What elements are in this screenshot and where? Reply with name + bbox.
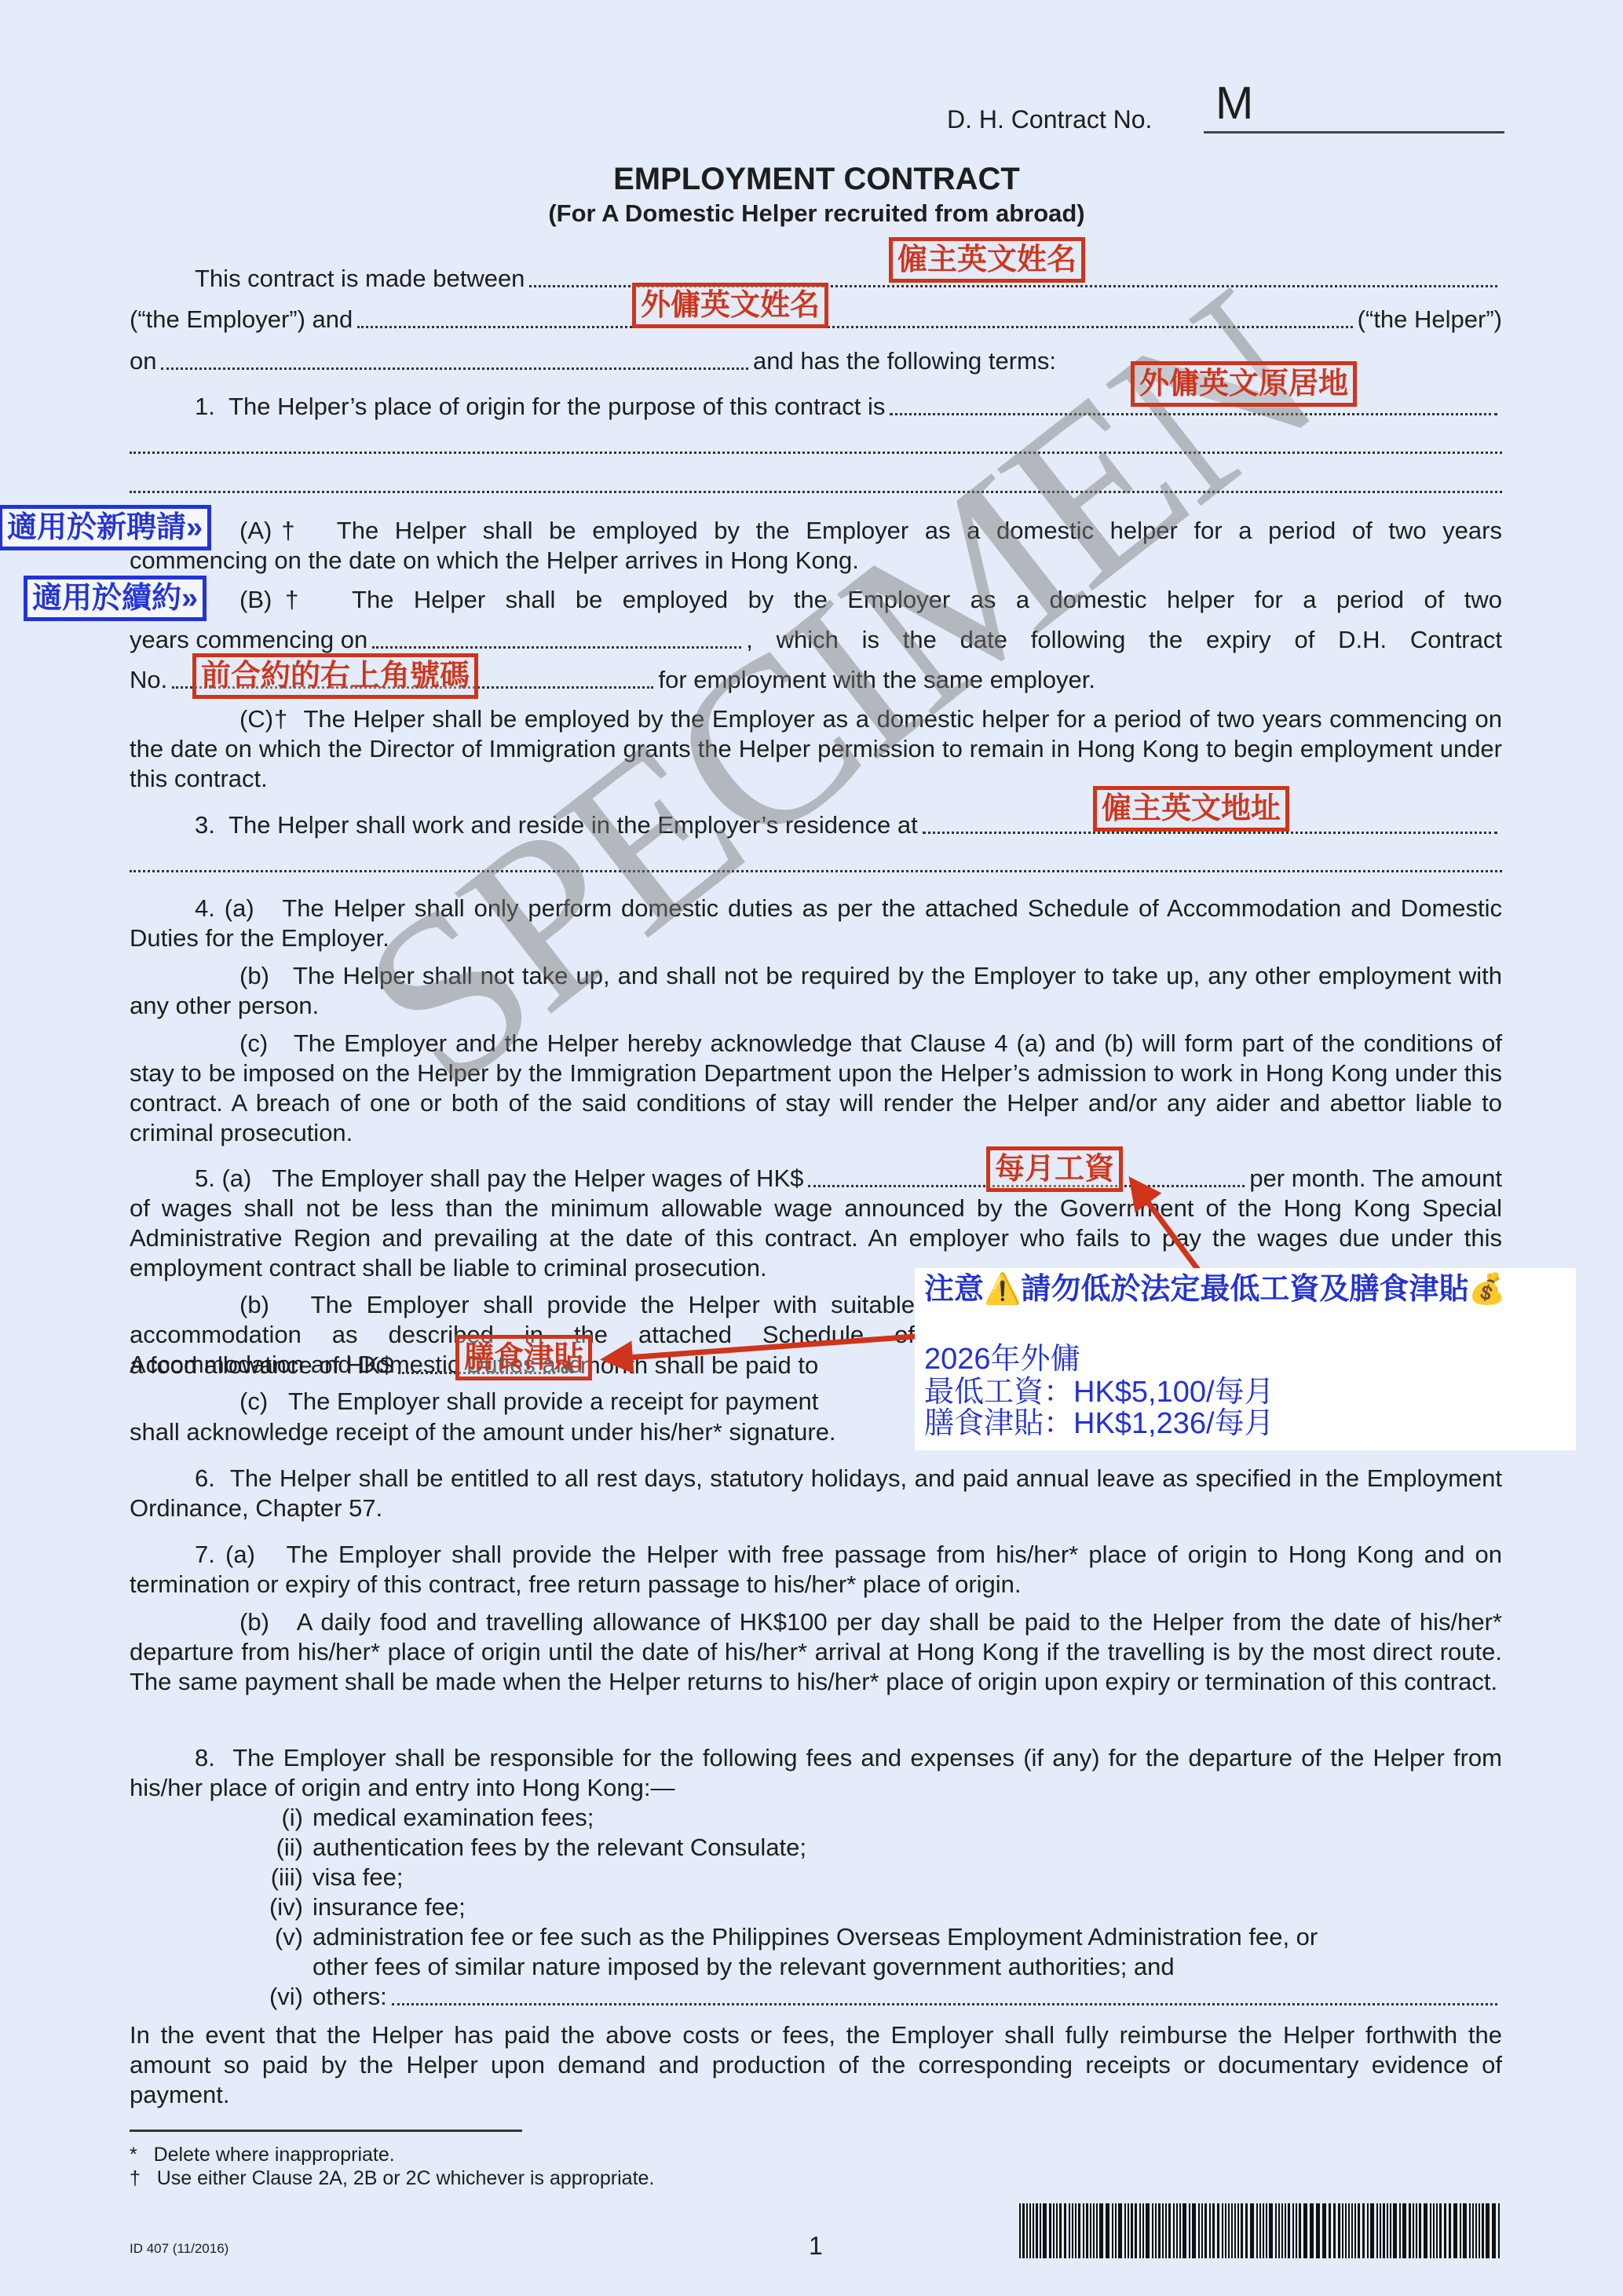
minimum-wage-note: 注意⚠️請勿低於法定最低工資及膳食津貼💰 2026年外傭 最低工資：HK$5,1… — [915, 1268, 1576, 1450]
note-min-wage: 最低工資：HK$5,100/每月 — [924, 1375, 1274, 1409]
arrow-icon — [0, 0, 1623, 2296]
note-food-allowance: 膳食津貼：HK$1,236/每月 — [924, 1406, 1274, 1441]
note-warning: 注意⚠️請勿低於法定最低工資及膳食津貼💰 — [924, 1272, 1506, 1307]
note-year: 2026年外傭 — [924, 1342, 1080, 1377]
